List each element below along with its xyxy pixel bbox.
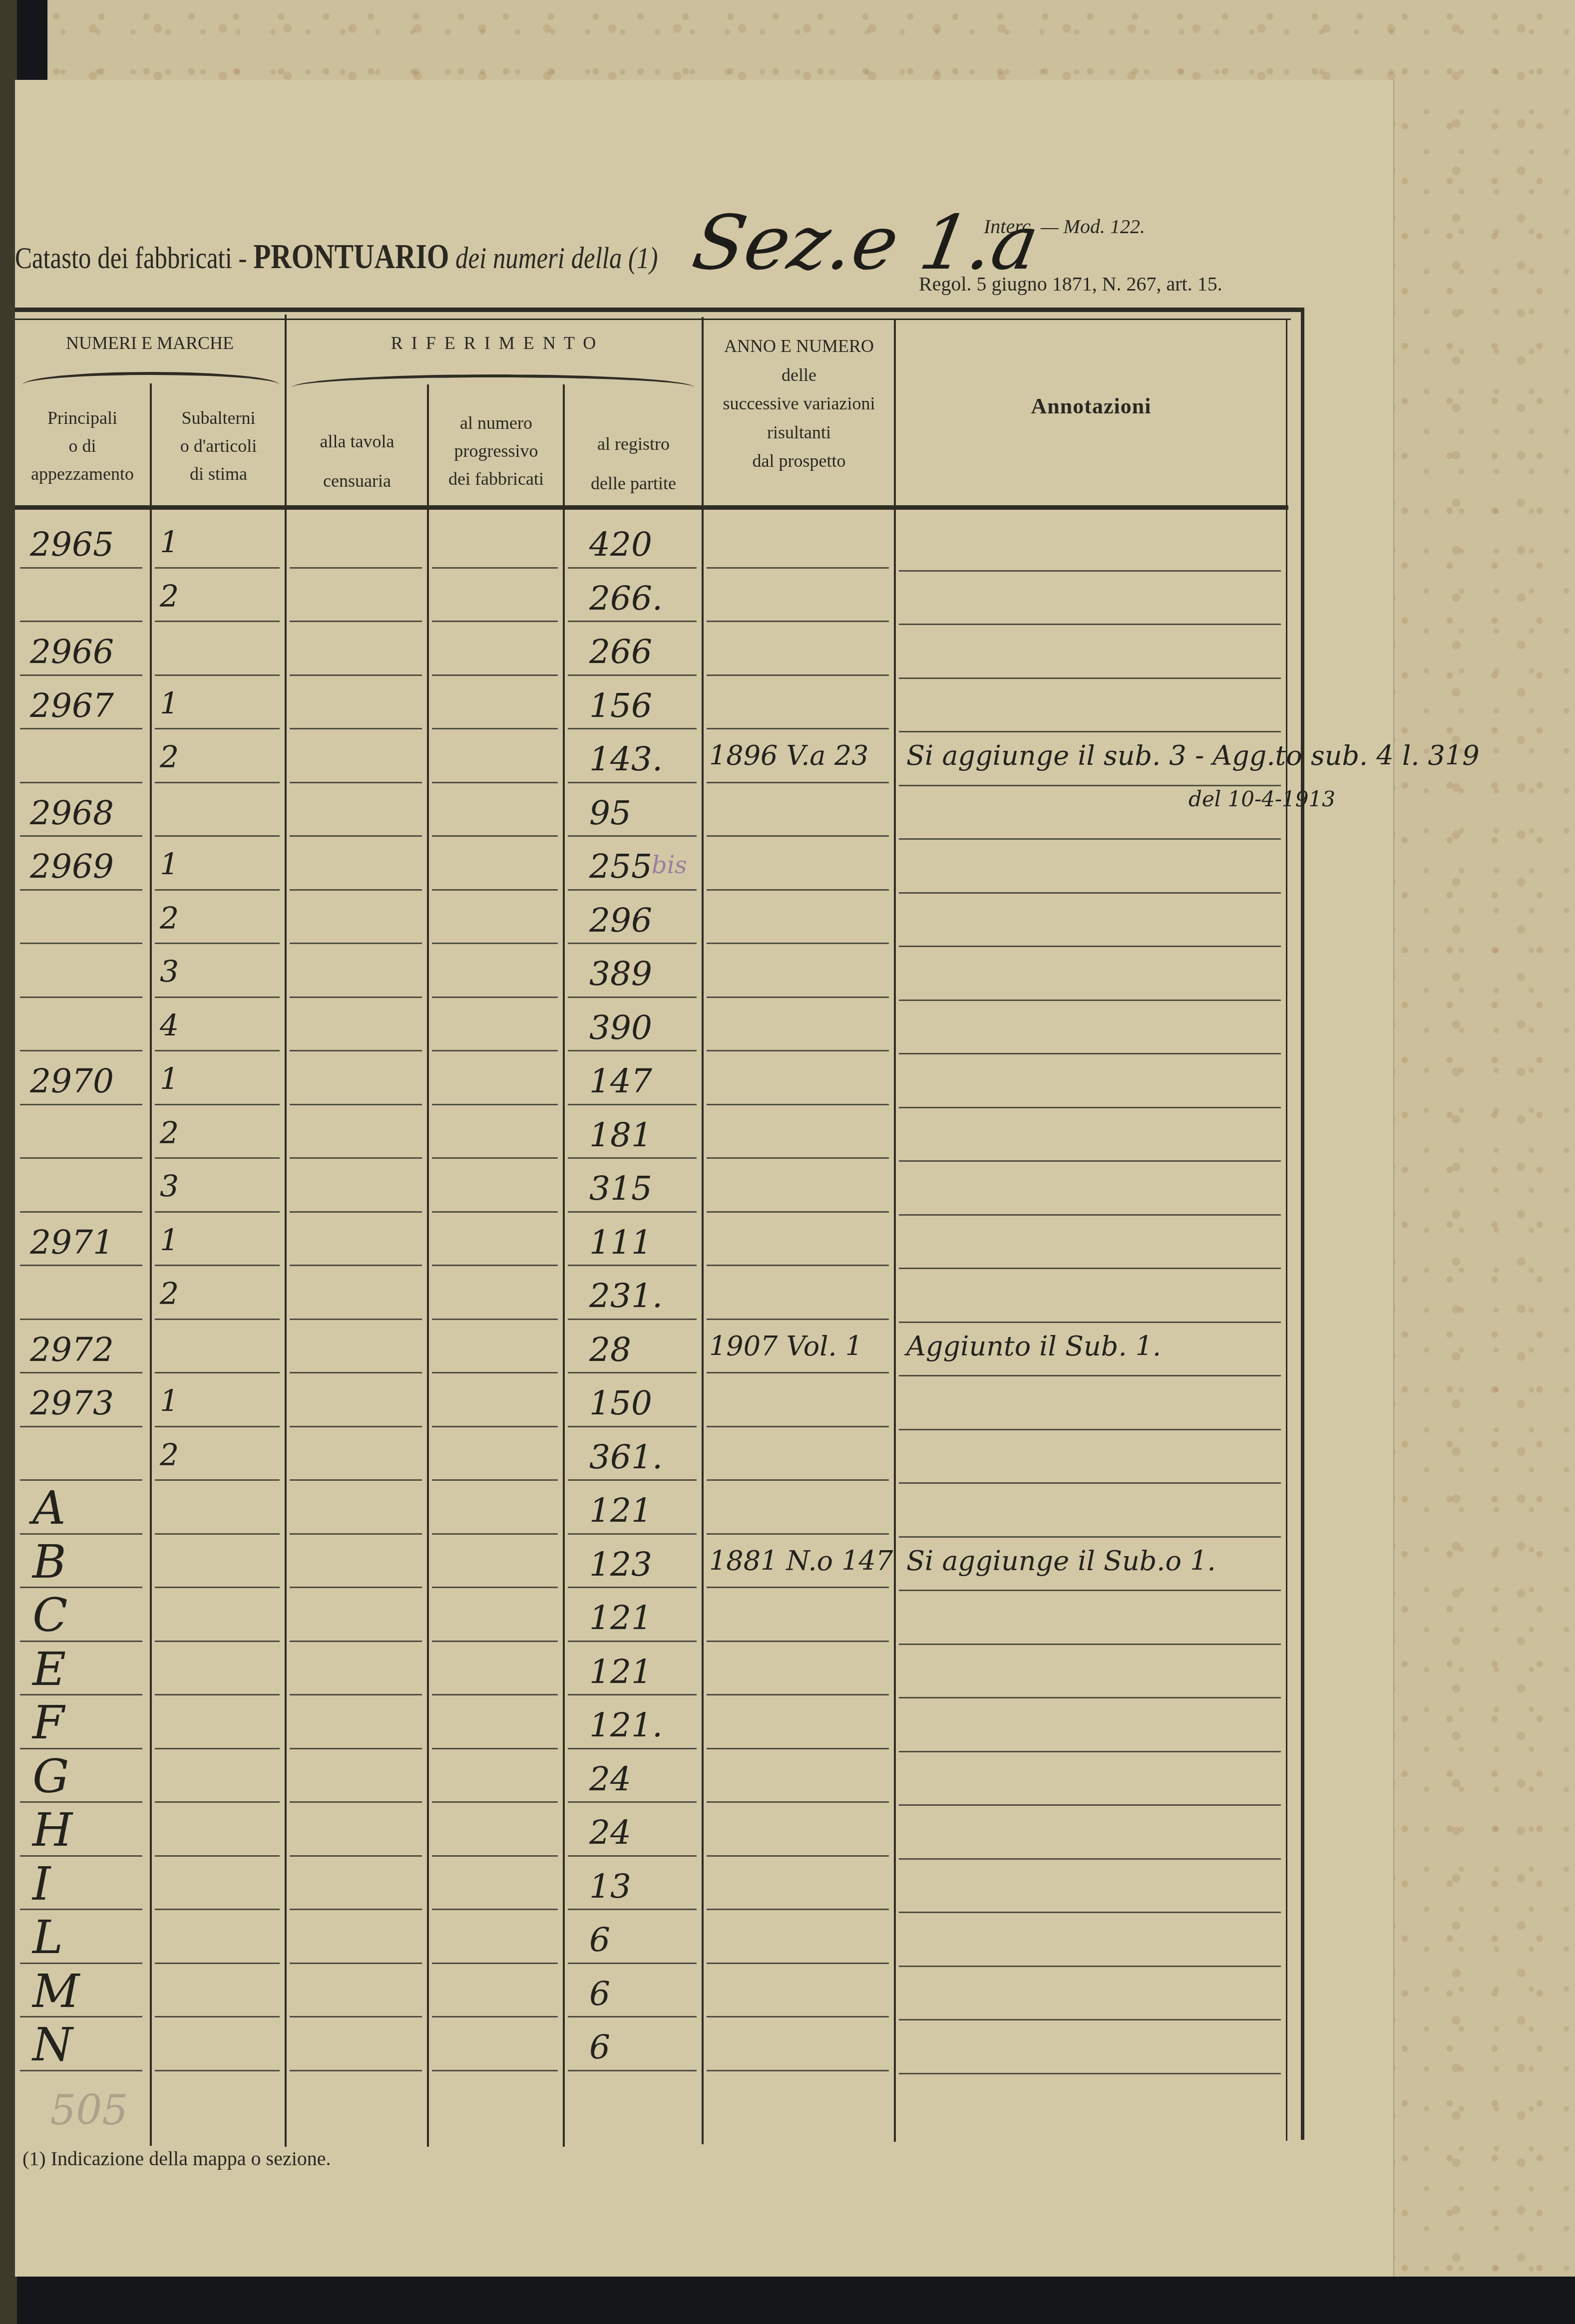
row-rule (432, 2016, 558, 2017)
row-rule (20, 1426, 142, 1427)
registro-partite-value: 24 (589, 1813, 631, 1852)
row-rule (899, 1107, 1281, 1108)
row-rule (568, 996, 697, 998)
row-rule (155, 621, 280, 622)
subaltern-number: 3 (160, 1169, 179, 1204)
registro-partite-value: 121 (589, 1599, 652, 1637)
registro-partite-value: 28 (589, 1330, 631, 1369)
row-rule (155, 1587, 280, 1588)
row-rule (432, 1211, 558, 1213)
subaltern-number: 1 (160, 1223, 179, 1258)
row-rule (899, 1644, 1281, 1645)
row-rule (899, 1268, 1281, 1269)
row-rule (899, 999, 1281, 1001)
subaltern-number: 2 (160, 579, 179, 614)
registro-partite-value: 6 (589, 2028, 610, 2066)
row-rule (568, 1963, 697, 1964)
registro-partite-value: 181 (589, 1116, 652, 1154)
footnote: (1) Indicazione della mappa o sezione. (22, 2147, 331, 2170)
row-rule (707, 1319, 889, 1320)
principal-number: 2966 (30, 633, 114, 671)
row-rule (707, 674, 889, 676)
row-rule (707, 996, 889, 998)
row-rule (290, 1050, 422, 1051)
row-rule (20, 1319, 142, 1320)
table-top-inner-border (15, 319, 1291, 320)
col-divider-4 (563, 384, 565, 2147)
principal-number: H (32, 1803, 72, 1857)
principal-number: E (32, 1643, 66, 1696)
registro-partite-value: 266. (589, 579, 663, 618)
principal-number: C (32, 1589, 67, 1642)
row-rule (899, 1804, 1281, 1806)
row-rule (432, 1748, 558, 1749)
registro-partite-value: 13 (589, 1867, 631, 1906)
registro-partite-value: 255 (589, 847, 652, 886)
row-rule (568, 1801, 697, 1803)
row-rule (432, 943, 558, 944)
form-title-italic: dei numeri della (1) (455, 241, 658, 275)
row-rule (707, 1157, 889, 1159)
row-rule (20, 567, 142, 569)
row-rule (568, 1587, 697, 1588)
row-rule (290, 889, 422, 891)
row-rule (290, 728, 422, 729)
row-rule (432, 674, 558, 676)
binding-spine (0, 0, 17, 2324)
table-right-border (1301, 308, 1304, 2140)
row-rule (707, 1050, 889, 1051)
annotation-text: Aggiunto il Sub. 1. (906, 1330, 1161, 1362)
row-rule (155, 889, 280, 891)
row-rule (290, 1157, 422, 1159)
registro-partite-value: 111 (589, 1223, 652, 1262)
row-rule (20, 1050, 142, 1051)
registro-partite-value: 315 (589, 1169, 652, 1208)
header-bottom-border (15, 505, 1288, 510)
row-rule (899, 1912, 1281, 1913)
row-rule (290, 996, 422, 998)
row-rule (20, 1265, 142, 1266)
col-divider-2 (285, 315, 287, 2147)
row-rule (568, 621, 697, 622)
row-rule (707, 1479, 889, 1481)
col-divider-3 (427, 384, 429, 2147)
row-rule (290, 835, 422, 837)
principal-number: F (32, 1696, 64, 1749)
model-label: Interc. — Mod. 122. (984, 215, 1145, 238)
row-rule (707, 1426, 889, 1427)
row-rule (290, 621, 422, 622)
principal-number: N (32, 2018, 73, 2071)
row-rule (568, 1909, 697, 1910)
row-rule (899, 1214, 1281, 1216)
row-rule (432, 1372, 558, 1373)
row-rule (707, 889, 889, 891)
row-rule (155, 567, 280, 569)
registro-partite-value: 95 (589, 794, 631, 832)
row-rule (432, 1963, 558, 1964)
brace-riferimento (292, 374, 694, 387)
row-rule (155, 1533, 280, 1535)
registro-partite-value: 361. (589, 1438, 663, 1476)
subaltern-number: 1 (160, 686, 179, 721)
row-rule (290, 2070, 422, 2071)
row-rule (899, 1322, 1281, 1323)
row-rule (432, 2070, 558, 2071)
row-rule (432, 1157, 558, 1159)
row-rule (290, 1104, 422, 1105)
row-rule (155, 1426, 280, 1427)
subaltern-number: 3 (160, 955, 179, 990)
col-divider-1 (150, 383, 152, 2146)
row-rule (899, 838, 1281, 840)
row-rule (707, 1211, 889, 1213)
annotation-date: del 10-4-1913 (1188, 787, 1335, 811)
row-rule (20, 621, 142, 622)
row-rule (155, 1265, 280, 1266)
row-rule (707, 943, 889, 944)
row-rule (707, 835, 889, 837)
row-rule (20, 835, 142, 837)
principal-number: L (32, 1911, 63, 1964)
row-rule (290, 1748, 422, 1749)
row-rule (707, 1909, 889, 1910)
header-tavola-censuaria: alla tavola censuaria (287, 422, 427, 501)
row-rule (707, 567, 889, 569)
row-rule (155, 1157, 280, 1159)
row-rule (20, 674, 142, 676)
table-right-inner-border (1286, 319, 1287, 2141)
row-rule (155, 1104, 280, 1105)
row-rule (899, 1751, 1281, 1752)
row-rule (568, 889, 697, 891)
registro-partite-value: 143. (589, 740, 663, 778)
principal-number: 2971 (30, 1223, 114, 1262)
row-rule (155, 835, 280, 837)
row-rule (568, 728, 697, 729)
row-rule (899, 624, 1281, 625)
row-rule (20, 996, 142, 998)
row-rule (290, 782, 422, 783)
row-rule (568, 782, 697, 783)
row-rule (568, 1641, 697, 1642)
row-rule (899, 677, 1281, 679)
row-rule (899, 731, 1281, 732)
row-rule (432, 996, 558, 998)
subaltern-number: 2 (160, 740, 179, 775)
row-rule (568, 674, 697, 676)
row-rule (155, 782, 280, 783)
row-rule (155, 1694, 280, 1695)
row-rule (290, 1479, 422, 1481)
row-rule (432, 782, 558, 783)
registro-partite-value: 420 (589, 525, 652, 564)
row-rule (290, 1319, 422, 1320)
row-rule (155, 1211, 280, 1213)
registro-partite-value: 121 (589, 1653, 652, 1691)
row-rule (899, 1482, 1281, 1484)
registro-partite-value: 24 (589, 1760, 631, 1798)
registro-partite-value: 390 (589, 1008, 652, 1047)
principal-number: 2968 (30, 794, 114, 832)
annotation-text: Si aggiunge il sub. 3 - Agg.to sub. 4 l.… (906, 740, 1480, 771)
row-rule (290, 1694, 422, 1695)
row-rule (899, 1590, 1281, 1591)
row-rule (899, 570, 1281, 572)
row-rule (290, 1909, 422, 1910)
row-rule (155, 1748, 280, 1749)
row-rule (20, 1157, 142, 1159)
row-rule (155, 1319, 280, 1320)
row-rule (568, 943, 697, 944)
row-rule (707, 621, 889, 622)
principal-number: 2965 (30, 525, 114, 564)
row-rule (20, 1372, 142, 1373)
row-rule (707, 1641, 889, 1642)
subaltern-number: 1 (160, 1384, 179, 1419)
table-top-border (15, 308, 1303, 312)
row-rule (432, 835, 558, 837)
row-rule (707, 1265, 889, 1266)
row-rule (290, 943, 422, 944)
row-rule (568, 1050, 697, 1051)
row-rule (707, 1855, 889, 1857)
row-rule (432, 1104, 558, 1105)
row-rule (155, 996, 280, 998)
registro-partite-value: 266 (589, 633, 652, 671)
row-rule (290, 567, 422, 569)
row-rule (432, 1801, 558, 1803)
header-numero-progressivo: al numero progressivo dei fabbricati (429, 409, 563, 493)
col-divider-6 (894, 320, 896, 2142)
row-rule (290, 1963, 422, 1964)
row-rule (432, 889, 558, 891)
row-rule (432, 1533, 558, 1535)
row-rule (707, 1104, 889, 1105)
row-rule (290, 1801, 422, 1803)
row-rule (20, 728, 142, 729)
subaltern-number: 2 (160, 901, 179, 936)
row-rule (707, 1587, 889, 1588)
registro-partite-value: 147 (589, 1062, 652, 1100)
row-rule (20, 1104, 142, 1105)
row-rule (707, 2070, 889, 2071)
anno-numero-value: 1907 Vol. 1 (709, 1330, 862, 1362)
brace-numeri (22, 372, 280, 385)
col-divider-5 (702, 317, 704, 2144)
subaltern-number: 1 (160, 847, 179, 882)
row-rule (155, 1801, 280, 1803)
subaltern-number: 2 (160, 1438, 179, 1473)
row-rule (155, 1050, 280, 1051)
row-rule (568, 1533, 697, 1535)
row-rule (568, 1104, 697, 1105)
anno-numero-value: 1896 V.a 23 (709, 740, 868, 771)
row-rule (899, 1966, 1281, 1967)
registro-partite-value: 156 (589, 686, 652, 725)
row-rule (290, 1426, 422, 1427)
row-rule (568, 1694, 697, 1695)
row-rule (899, 1858, 1281, 1860)
row-rule (432, 1587, 558, 1588)
row-rule (568, 1211, 697, 1213)
row-rule (899, 2019, 1281, 2020)
row-rule (20, 1211, 142, 1213)
row-rule (432, 1479, 558, 1481)
row-rule (899, 946, 1281, 947)
row-rule (899, 1160, 1281, 1162)
header-anno-numero: ANNO E NUMERO delle successive variazion… (704, 332, 894, 476)
row-rule (707, 728, 889, 729)
principal-number: B (32, 1535, 66, 1589)
row-rule (432, 728, 558, 729)
row-rule (432, 621, 558, 622)
row-rule (432, 1265, 558, 1266)
row-rule (568, 2016, 697, 2017)
row-rule (155, 1641, 280, 1642)
row-rule (290, 1211, 422, 1213)
subaltern-number: 2 (160, 1116, 179, 1151)
row-rule (290, 1372, 422, 1373)
principal-number: 2973 (30, 1384, 114, 1422)
registro-partite-value: 121 (589, 1491, 652, 1530)
registro-partite-value: 6 (589, 1975, 610, 2013)
row-rule (568, 1319, 697, 1320)
row-rule (290, 1533, 422, 1535)
row-rule (290, 1641, 422, 1642)
row-rule (899, 1429, 1281, 1430)
header-annotazioni: Annotazioni (896, 389, 1286, 423)
row-rule (432, 1909, 558, 1910)
subaltern-number: 2 (160, 1277, 179, 1312)
row-rule (290, 2016, 422, 2017)
anno-numero-value: 1881 N.o 147 (709, 1545, 893, 1577)
row-rule (290, 1265, 422, 1266)
row-rule (568, 1479, 697, 1481)
row-rule (899, 2073, 1281, 2074)
row-rule (155, 1909, 280, 1910)
row-rule (899, 1375, 1281, 1376)
registro-partite-value: 389 (589, 955, 652, 993)
header-numeri-marche: NUMERI E MARCHE (20, 330, 280, 357)
header-registro-partite: al registro delle partite (565, 424, 702, 503)
row-rule (568, 567, 697, 569)
row-rule (20, 782, 142, 783)
row-rule (432, 1855, 558, 1857)
subaltern-number: 1 (160, 525, 179, 560)
regulation-reference: Regol. 5 giugno 1871, N. 267, art. 15. (919, 272, 1222, 296)
row-rule (707, 1963, 889, 1964)
registro-partite-value: 123 (589, 1545, 652, 1584)
row-rule (432, 1050, 558, 1051)
subaltern-number: 4 (160, 1008, 179, 1043)
row-rule (707, 1372, 889, 1373)
row-rule (155, 943, 280, 944)
row-rule (568, 1372, 697, 1373)
row-rule (899, 892, 1281, 894)
row-rule (899, 1536, 1281, 1538)
row-rule (155, 2016, 280, 2017)
row-rule (568, 1748, 697, 1749)
row-rule (432, 1319, 558, 1320)
row-rule (155, 1372, 280, 1373)
row-rule (707, 2016, 889, 2017)
form-title-bold: PRONTUARIO (253, 238, 449, 276)
row-rule (568, 2070, 697, 2071)
subaltern-number: 1 (160, 1062, 179, 1097)
form-title: Catasto dei fabbricati - PRONTUARIO dei … (15, 237, 658, 277)
row-rule (290, 1855, 422, 1857)
principal-number: I (32, 1857, 50, 1911)
row-rule (568, 1855, 697, 1857)
principal-number: 2970 (30, 1062, 114, 1100)
row-rule (290, 674, 422, 676)
annotation-text: Si aggiunge il Sub.o 1. (906, 1545, 1216, 1577)
principal-number: G (32, 1750, 69, 1803)
row-rule (707, 1533, 889, 1535)
registro-partite-value: 296 (589, 901, 652, 940)
row-rule (155, 1855, 280, 1857)
row-rule (568, 1265, 697, 1266)
registro-partite-value: 6 (589, 1921, 610, 1959)
registro-partite-value: 231. (589, 1277, 663, 1315)
principal-number: M (32, 1965, 79, 2018)
principal-number: A (32, 1481, 65, 1535)
row-rule (568, 1426, 697, 1427)
row-rule (155, 728, 280, 729)
header-principali: Principali o di appezzamento (17, 404, 147, 488)
row-rule (707, 1694, 889, 1695)
principal-number: 2967 (30, 686, 114, 725)
row-rule (707, 1801, 889, 1803)
principal-number: 2972 (30, 1330, 114, 1369)
row-rule (20, 943, 142, 944)
row-rule (568, 835, 697, 837)
row-rule (155, 674, 280, 676)
row-rule (432, 1694, 558, 1695)
registro-bis-mark: bis (652, 851, 687, 879)
register-page: Catasto dei fabbricati - PRONTUARIO dei … (15, 80, 1393, 2277)
row-rule (155, 1479, 280, 1481)
row-rule (899, 1053, 1281, 1054)
row-rule (568, 1157, 697, 1159)
row-rule (899, 785, 1281, 786)
row-rule (432, 567, 558, 569)
row-rule (20, 1479, 142, 1481)
row-rule (432, 1641, 558, 1642)
principal-number: 2969 (30, 847, 114, 886)
row-rule (155, 2070, 280, 2071)
registro-partite-value: 121. (589, 1706, 663, 1744)
row-rule (707, 1748, 889, 1749)
pencil-page-number: 505 (50, 2087, 128, 2134)
row-rule (899, 1697, 1281, 1698)
row-rule (290, 1587, 422, 1588)
header-riferimento: R I F E R I M E N T O (295, 330, 694, 357)
row-rule (432, 1426, 558, 1427)
form-title-prefix: Catasto dei fabbricati - (15, 241, 247, 275)
row-rule (20, 889, 142, 891)
row-rule (155, 1963, 280, 1964)
row-rule (707, 782, 889, 783)
header-subalterni: Subalterni o d'articoli di stima (152, 404, 285, 488)
registro-partite-value: 150 (589, 1384, 652, 1422)
